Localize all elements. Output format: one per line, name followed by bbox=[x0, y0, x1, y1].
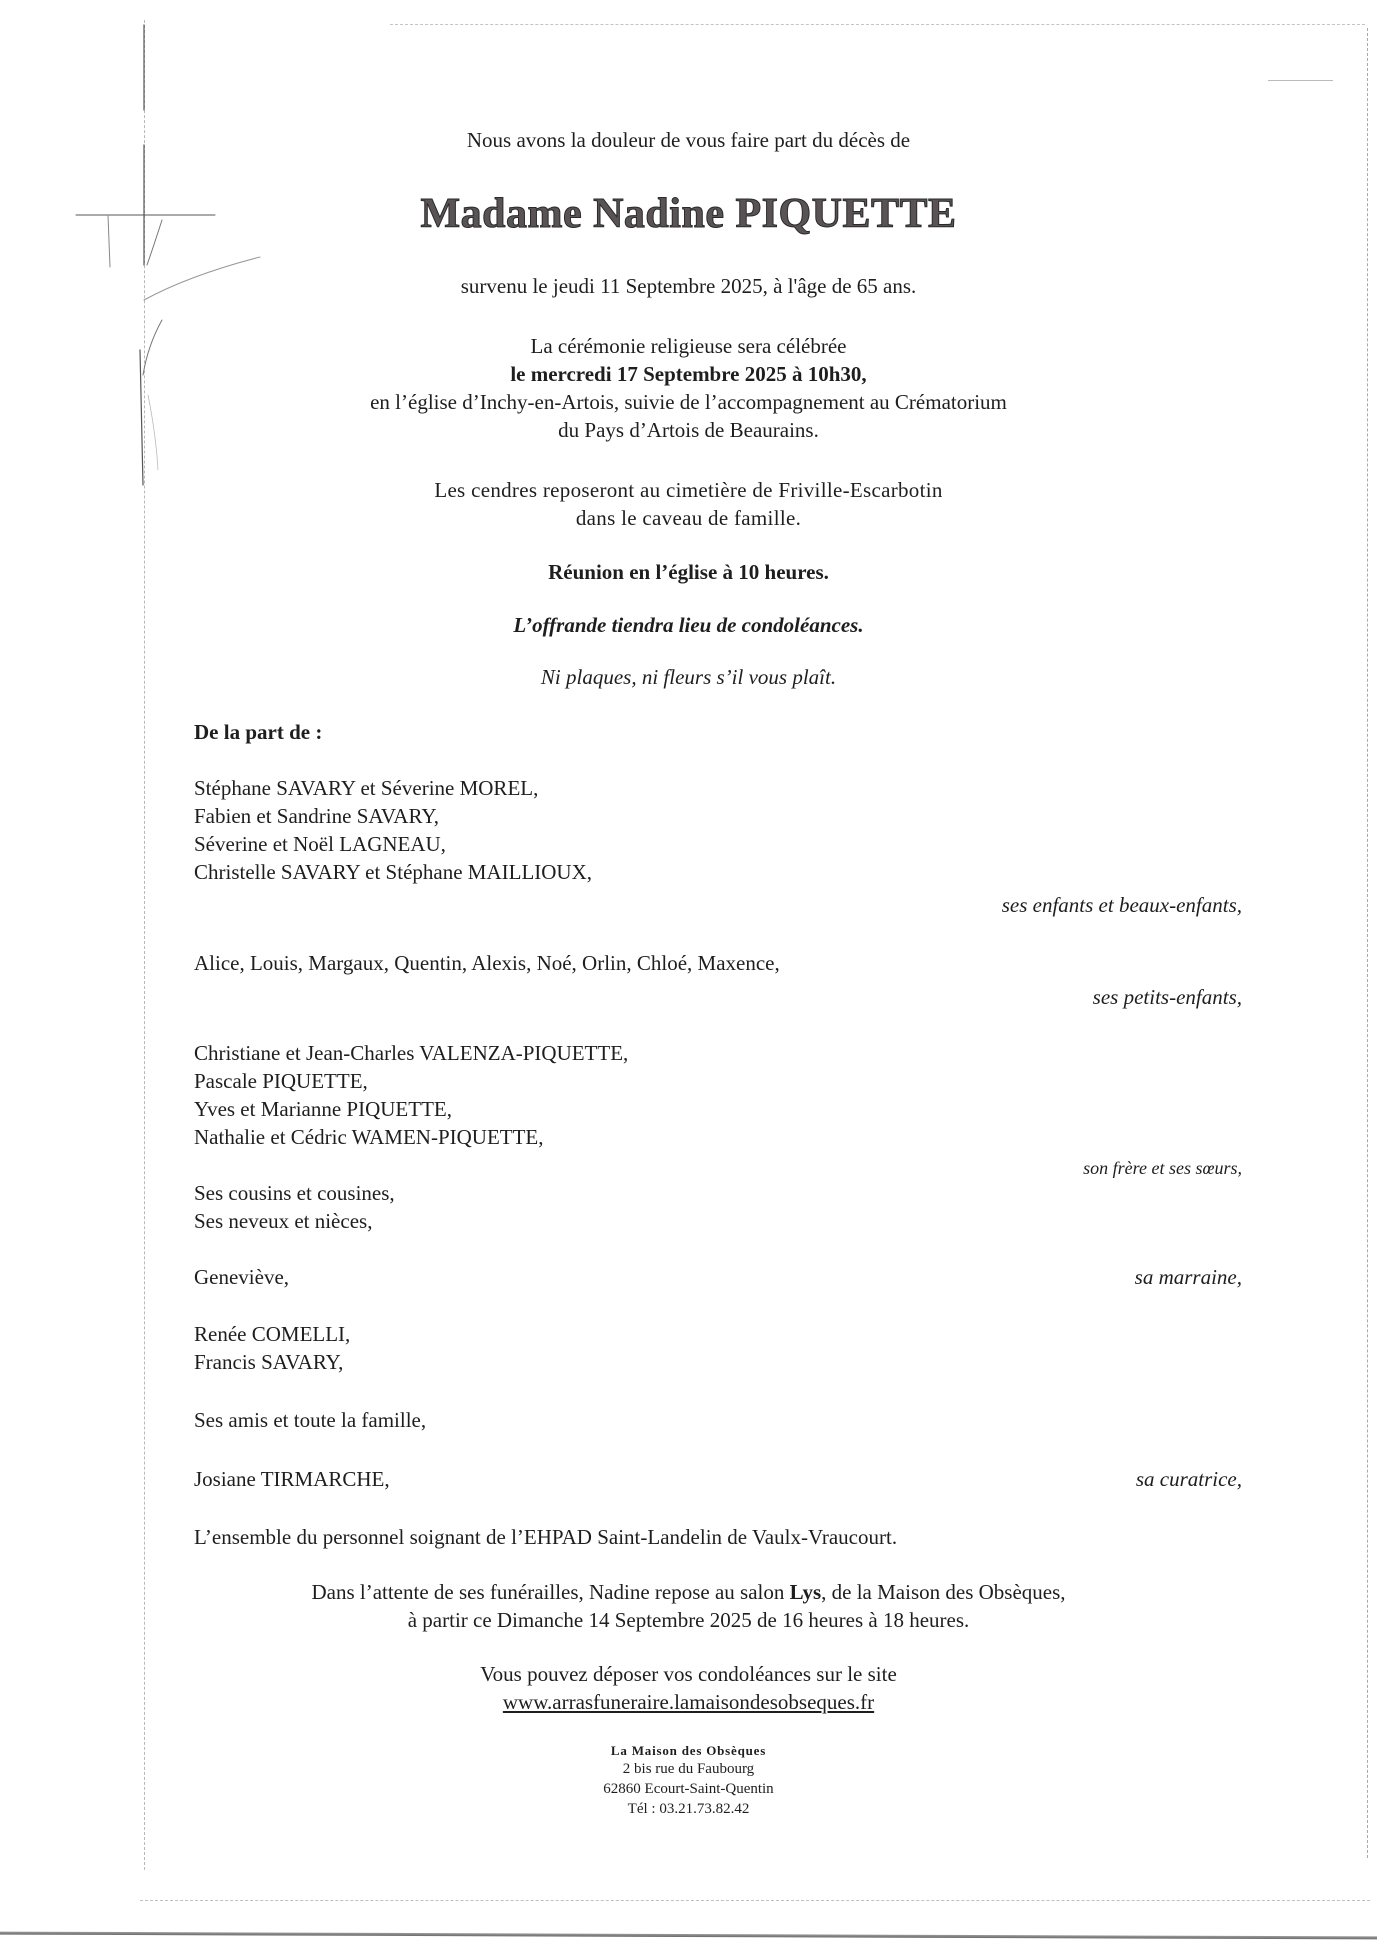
ashes-line-1: Les cendres reposeront au cimetière de F… bbox=[0, 478, 1377, 503]
family-heading: De la part de : bbox=[194, 720, 322, 745]
viewing-line-1: Dans l’attente de ses funérailles, Nadin… bbox=[0, 1580, 1377, 1605]
family-name: Josiane TIRMARCHE, bbox=[194, 1467, 390, 1492]
family-relation: ses petits-enfants, bbox=[1093, 985, 1242, 1010]
family-relation: sa marraine, bbox=[1135, 1265, 1242, 1290]
viewing-text-after: , de la Maison des Obsèques, bbox=[821, 1580, 1065, 1604]
family-name: Renée COMELLI, bbox=[194, 1322, 350, 1347]
family-name: Ses cousins et cousines, bbox=[194, 1181, 395, 1206]
salon-name: Lys bbox=[790, 1580, 822, 1604]
condolences-text: Vous pouvez déposer vos condoléances sur… bbox=[0, 1662, 1377, 1687]
ceremony-place: en l’église d’Inchy-en-Artois, suivie de… bbox=[0, 390, 1377, 415]
scan-mark bbox=[1268, 80, 1333, 81]
family-name: Francis SAVARY, bbox=[194, 1350, 343, 1375]
scan-border-top bbox=[390, 24, 1365, 26]
ceremony-date: le mercredi 17 Septembre 2025 à 10h30, bbox=[0, 362, 1377, 387]
funeral-home-name: La Maison des Obsèques bbox=[0, 1743, 1377, 1759]
family-name: Alice, Louis, Margaux, Quentin, Alexis, … bbox=[194, 951, 780, 976]
deceased-name: Madame Nadine PIQUETTE bbox=[0, 190, 1377, 238]
meeting-info: Réunion en l’église à 10 heures. bbox=[0, 560, 1377, 585]
family-name: Fabien et Sandrine SAVARY, bbox=[194, 804, 439, 829]
family-name: Séverine et Noël LAGNEAU, bbox=[194, 832, 446, 857]
family-name: L’ensemble du personnel soignant de l’EH… bbox=[194, 1525, 897, 1550]
family-name: Geneviève, bbox=[194, 1265, 289, 1290]
page-edge bbox=[0, 1932, 1377, 1940]
family-name: Christelle SAVARY et Stéphane MAILLIOUX, bbox=[194, 860, 592, 885]
no-flowers-note: Ni plaques, ni fleurs s’il vous plaît. bbox=[0, 665, 1377, 690]
ceremony-crematorium: du Pays d’Artois de Beaurains. bbox=[0, 418, 1377, 443]
offering-note: L’offrande tiendra lieu de condoléances. bbox=[0, 613, 1377, 638]
viewing-line-2: à partir ce Dimanche 14 Septembre 2025 d… bbox=[0, 1608, 1377, 1633]
funeral-home-city: 62860 Ecourt-Saint-Quentin bbox=[0, 1779, 1377, 1799]
family-name: Nathalie et Cédric WAMEN-PIQUETTE, bbox=[194, 1125, 544, 1150]
family-name: Ses neveux et nièces, bbox=[194, 1209, 372, 1234]
family-name: Stéphane SAVARY et Séverine MOREL, bbox=[194, 776, 538, 801]
family-name: Pascale PIQUETTE, bbox=[194, 1069, 368, 1094]
family-relation: son frère et ses sœurs, bbox=[1083, 1158, 1242, 1179]
death-info: survenu le jeudi 11 Septembre 2025, à l'… bbox=[0, 274, 1377, 299]
family-relation: sa curatrice, bbox=[1136, 1467, 1242, 1492]
funeral-home-street: 2 bis rue du Faubourg bbox=[0, 1759, 1377, 1779]
ceremony-line-1: La cérémonie religieuse sera célébrée bbox=[0, 334, 1377, 359]
viewing-text-before: Dans l’attente de ses funérailles, Nadin… bbox=[311, 1580, 789, 1604]
family-name: Ses amis et toute la famille, bbox=[194, 1408, 426, 1433]
family-name: Christiane et Jean-Charles VALENZA-PIQUE… bbox=[194, 1041, 628, 1066]
scan-border-bottom bbox=[140, 1900, 1370, 1902]
family-name: Yves et Marianne PIQUETTE, bbox=[194, 1097, 452, 1122]
funeral-home-phone: Tél : 03.21.73.82.42 bbox=[0, 1799, 1377, 1819]
family-relation: ses enfants et beaux-enfants, bbox=[1002, 893, 1242, 918]
condolences-website-link[interactable]: www.arrasfuneraire.lamaisondesobseques.f… bbox=[0, 1690, 1377, 1715]
ashes-line-2: dans le caveau de famille. bbox=[0, 506, 1377, 531]
intro-text: Nous avons la douleur de vous faire part… bbox=[0, 128, 1377, 153]
